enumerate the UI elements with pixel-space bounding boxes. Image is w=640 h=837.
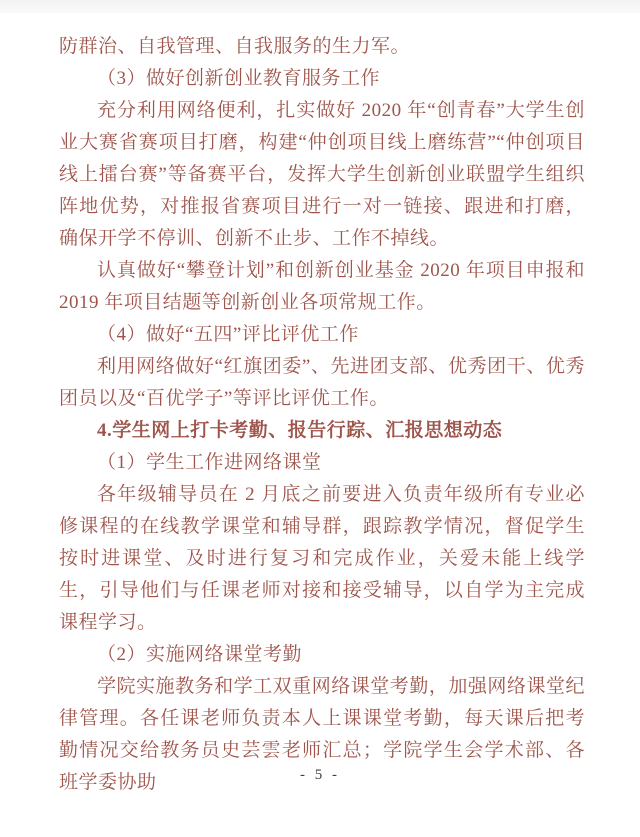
subheading-item-2: （2）实施网络课堂考勤 — [59, 639, 585, 671]
page-number: - 5 - — [0, 764, 640, 786]
paragraph-innovation-competition: 充分利用网络便利，扎实做好 2020 年“创青春”大学生创业大赛省赛项目打磨，构… — [59, 95, 585, 255]
document-page: 防群治、自我管理、自我服务的生力军。 （3）做好创新创业教育服务工作 充分利用网… — [0, 0, 640, 837]
paragraph-online-classroom: 各年级辅导员在 2 月底之前要进入负责年级所有专业必修课程的在线教学课堂和辅导群… — [59, 479, 585, 639]
paragraph-climbing-plan: 认真做好“攀登计划”和创新创业基金 2020 年项目申报和 2019 年项目结题… — [59, 255, 585, 319]
paragraph-continuation: 防群治、自我管理、自我服务的生力军。 — [59, 31, 585, 63]
subheading-item-1: （1）学生工作进网络课堂 — [59, 447, 585, 479]
document-body: 防群治、自我管理、自我服务的生力军。 （3）做好创新创业教育服务工作 充分利用网… — [59, 31, 585, 799]
section-heading-4: 4.学生网上打卡考勤、报告行踪、汇报思想动态 — [59, 415, 585, 447]
paragraph-evaluation: 利用网络做好“红旗团委”、先进团支部、优秀团干、优秀团员以及“百优学子”等评比评… — [59, 351, 585, 415]
scan-edge-strip — [0, 0, 640, 13]
subheading-item-3: （3）做好创新创业教育服务工作 — [59, 63, 585, 95]
subheading-item-4: （4）做好“五四”评比评优工作 — [59, 319, 585, 351]
